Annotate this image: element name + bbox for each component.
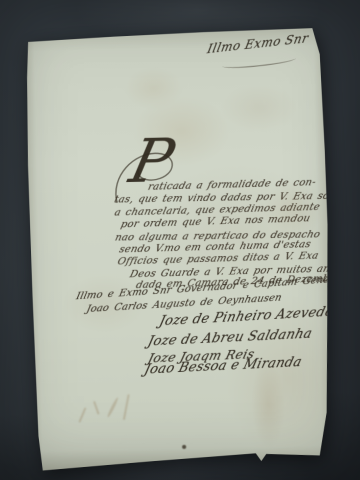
ink-bleedthrough-mark bbox=[73, 392, 146, 431]
inscription-flourish bbox=[222, 54, 296, 70]
manuscript-paper: Illmo Exmo Snr P raticada a formalidade … bbox=[23, 28, 332, 471]
stain bbox=[182, 445, 186, 449]
header-inscription: Illmo Exmo Snr bbox=[206, 31, 310, 56]
manuscript-paper-wrap: Illmo Exmo Snr P raticada a formalidade … bbox=[23, 28, 332, 471]
stain bbox=[250, 359, 286, 450]
photo-background: Illmo Exmo Snr P raticada a formalidade … bbox=[0, 0, 360, 480]
